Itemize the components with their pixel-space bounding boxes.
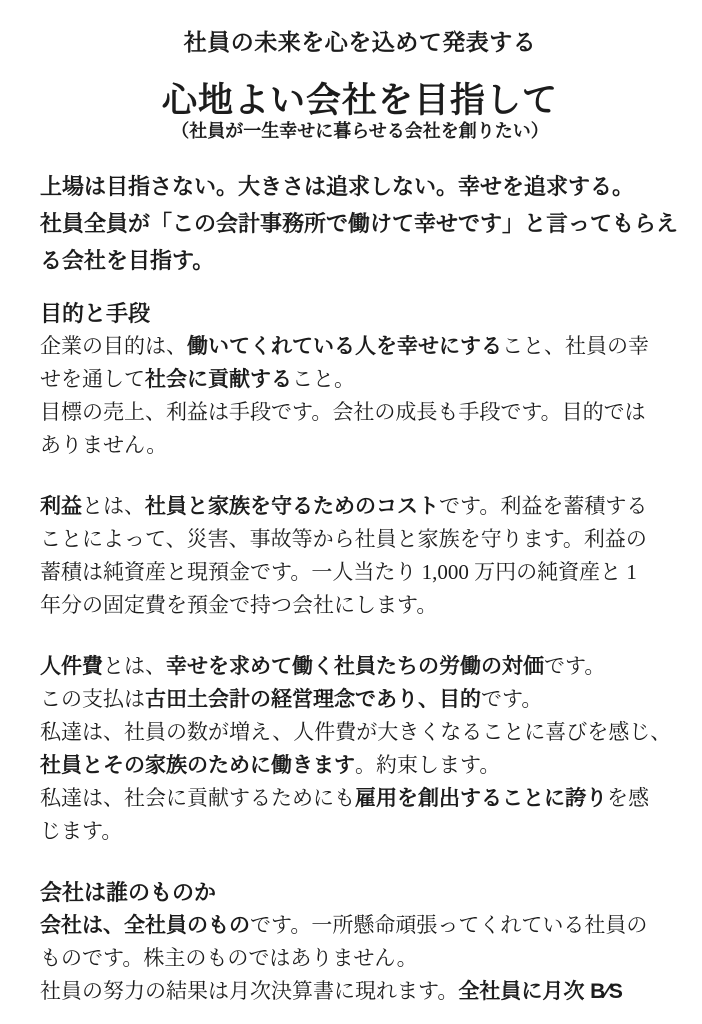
section-body-profit: 利益とは、社員と家族を守るためのコストです。利益を蓄積する ことによって、災害、… xyxy=(40,490,680,622)
section-heading-purpose-and-means: 目的と手段 xyxy=(40,297,680,330)
section-company-ownership: 会社は誰のものか 会社は、全社員のものです。一所懸命頑張ってくれている社員の も… xyxy=(40,876,680,1008)
section-body-purpose-and-means: 企業の目的は、働いてくれている人を幸せにすること、社員の幸 せを通して社会に貢献… xyxy=(40,330,680,462)
document-top-heading: 社員の未来を心を込めて発表する xyxy=(40,28,680,56)
document-page: 社員の未来を心を込めて発表する 心地よい会社を目指して （社員が一生幸せに暮らせ… xyxy=(0,0,702,1024)
section-personnel-cost: 人件費とは、幸せを求めて働く社員たちの労働の対価です。 この支払は古田土会計の経… xyxy=(40,650,680,848)
section-profit: 利益とは、社員と家族を守るためのコストです。利益を蓄積する ことによって、災害、… xyxy=(40,490,680,622)
section-body-company-ownership: 会社は、全社員のものです。一所懸命頑張ってくれている社員の ものです。株主のもの… xyxy=(40,909,680,1008)
section-purpose-and-means: 目的と手段 企業の目的は、働いてくれている人を幸せにすること、社員の幸 せを通し… xyxy=(40,297,680,462)
page-title: 心地よい会社を目指して xyxy=(40,82,680,120)
section-body-personnel-cost: 人件費とは、幸せを求めて働く社員たちの労働の対価です。 この支払は古田土会計の経… xyxy=(40,650,680,848)
intro-paragraph: 上場は目指さない。大きさは追求しない。幸せを追求する。 社員全員が「この会計事務… xyxy=(40,168,680,279)
page-subtitle: （社員が一生幸せに暮らせる会社を創りたい） xyxy=(40,120,680,142)
section-heading-company-ownership: 会社は誰のものか xyxy=(40,876,680,909)
